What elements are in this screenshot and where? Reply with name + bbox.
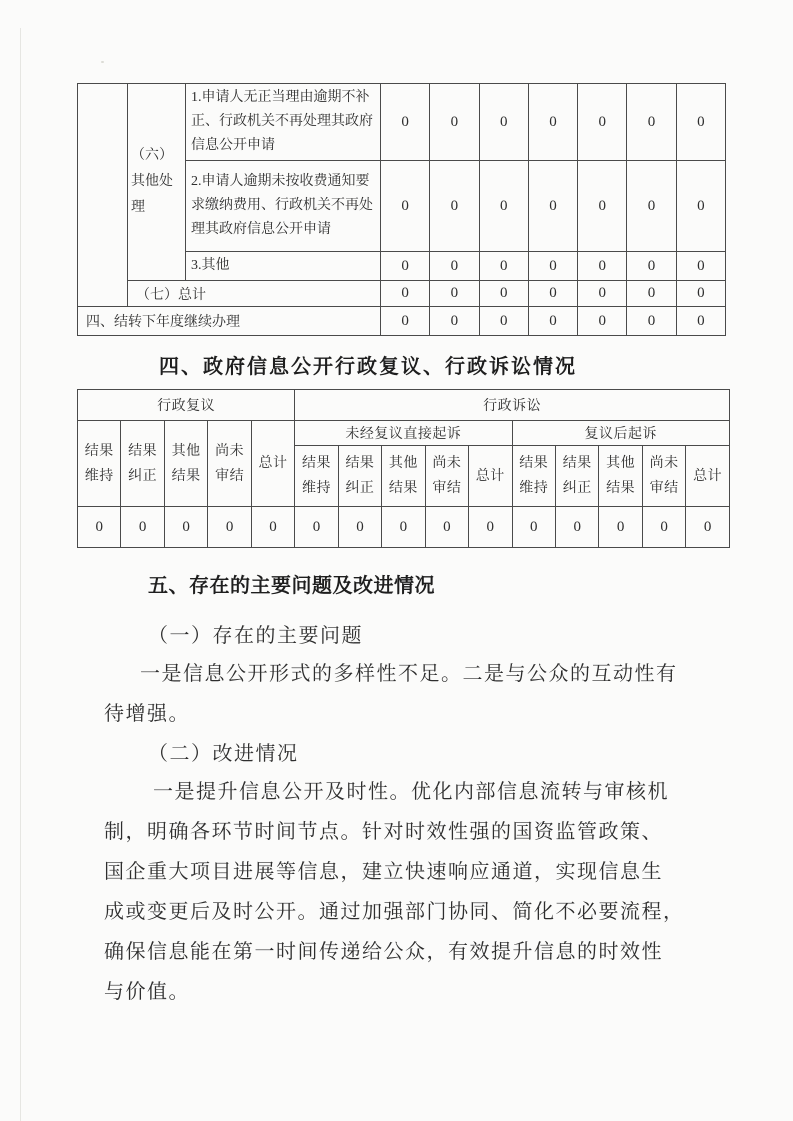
value-cell: 0 <box>627 252 676 281</box>
value-cell: 0 <box>528 281 577 307</box>
value-cell: 0 <box>430 84 479 161</box>
processing-results-table: （六）其他处理 1.申请人无正当理由逾期不补正、行政机关不再处理其政府信息公开申… <box>77 83 726 336</box>
value-cell: 0 <box>430 161 479 252</box>
value-cell: 0 <box>121 507 164 548</box>
processing-desc-cell: 1.申请人无正当理由逾期不补正、行政机关不再处理其政府信息公开申请 <box>186 84 381 161</box>
processing-desc-cell: 2.申请人逾期未按收费通知要求缴纳费用、行政机关不再处理其政府信息公开申请 <box>186 161 381 252</box>
scan-speck <box>101 61 104 63</box>
value-cell: 0 <box>338 507 381 548</box>
value-cell: 0 <box>479 307 528 336</box>
column-header: 结果纠正 <box>555 446 598 507</box>
post-review-suit-subheader: 复议后起诉 <box>512 421 729 446</box>
value-cell: 0 <box>686 507 730 548</box>
carryover-label-cell: 四、结转下年度继续办理 <box>78 307 381 336</box>
paragraph-line: 国企重大项目进展等信息，建立快速响应通道，实现信息生 <box>104 858 663 886</box>
column-header: 尚未审结 <box>208 421 251 507</box>
left-spacer-cell <box>78 84 128 307</box>
paragraph-line: 成或变更后及时公开。通过加强部门协同、简化不必要流程， <box>104 898 685 926</box>
value-cell: 0 <box>528 84 577 161</box>
value-cell: 0 <box>381 281 430 307</box>
value-cell: 0 <box>627 161 676 252</box>
value-cell: 0 <box>78 507 121 548</box>
value-cell: 0 <box>642 507 685 548</box>
review-lawsuit-table: 行政复议 行政诉讼 结果维持 结果纠正 其他结果 尚未审结 总计 未经复议直接起… <box>77 389 730 548</box>
value-cell: 0 <box>381 307 430 336</box>
column-header: 其他结果 <box>164 421 207 507</box>
column-header: 结果纠正 <box>121 421 164 507</box>
value-cell: 0 <box>627 307 676 336</box>
value-cell: 0 <box>528 161 577 252</box>
section4-title: 四、政府信息公开行政复议、行政诉讼情况 <box>159 350 577 379</box>
value-cell: 0 <box>676 281 725 307</box>
scanned-report-page: （六）其他处理 1.申请人无正当理由逾期不补正、行政机关不再处理其政府信息公开申… <box>0 0 793 1121</box>
value-cell: 0 <box>469 507 512 548</box>
value-cell: 0 <box>295 507 338 548</box>
value-cell: 0 <box>479 252 528 281</box>
other-processing-group-cell: （六）其他处理 <box>128 84 186 281</box>
paragraph-line: 待增强。 <box>104 700 190 728</box>
paragraph-line: 与价值。 <box>104 978 190 1006</box>
column-header: 尚未审结 <box>425 446 468 507</box>
value-cell: 0 <box>578 281 627 307</box>
review-group-header: 行政复议 <box>78 390 295 421</box>
value-cell: 0 <box>578 84 627 161</box>
column-header: 结果维持 <box>295 446 338 507</box>
value-cell: 0 <box>208 507 251 548</box>
value-cell: 0 <box>479 281 528 307</box>
value-cell: 0 <box>425 507 468 548</box>
value-cell: 0 <box>578 307 627 336</box>
column-header: 总计 <box>686 446 730 507</box>
column-header: 结果维持 <box>78 421 121 507</box>
value-cell: 0 <box>479 84 528 161</box>
column-header: 结果纠正 <box>338 446 381 507</box>
value-cell: 0 <box>479 161 528 252</box>
paragraph-line: 一是信息公开形式的多样性不足。二是与公众的互动性有 <box>140 660 678 688</box>
value-cell: 0 <box>578 252 627 281</box>
value-cell: 0 <box>381 84 430 161</box>
processing-desc-cell: 3.其他 <box>186 252 381 281</box>
scan-fold-line <box>20 28 21 1121</box>
column-header: 结果维持 <box>512 446 555 507</box>
value-cell: 0 <box>676 161 725 252</box>
total-row: （七）总计 0 0 0 0 0 0 0 <box>78 281 726 307</box>
paragraph-line: 确保信息能在第一时间传递给公众，有效提升信息的时效性 <box>104 938 663 966</box>
value-cell: 0 <box>381 161 430 252</box>
value-cell: 0 <box>528 307 577 336</box>
column-header: 总计 <box>251 421 294 507</box>
value-cell: 0 <box>555 507 598 548</box>
section5-subheading-1: （一）存在的主要问题 <box>148 622 363 650</box>
carryover-row: 四、结转下年度继续办理 0 0 0 0 0 0 0 <box>78 307 726 336</box>
paragraph-line: 制，明确各环节时间节点。针对时效性强的国资监管政策、 <box>104 818 663 846</box>
lawsuit-group-header: 行政诉讼 <box>295 390 730 421</box>
column-header: 其他结果 <box>382 446 425 507</box>
value-cell: 0 <box>164 507 207 548</box>
value-cell: 0 <box>251 507 294 548</box>
column-header: 尚未审结 <box>642 446 685 507</box>
value-cell: 0 <box>627 281 676 307</box>
value-cell: 0 <box>512 507 555 548</box>
total-label-cell: （七）总计 <box>128 281 381 307</box>
value-cell: 0 <box>430 281 479 307</box>
value-cell: 0 <box>528 252 577 281</box>
direct-suit-subheader: 未经复议直接起诉 <box>295 421 512 446</box>
section5-subheading-2: （二）改进情况 <box>148 740 299 768</box>
value-cell: 0 <box>381 252 430 281</box>
value-cell: 0 <box>430 252 479 281</box>
value-cell: 0 <box>676 252 725 281</box>
paragraph-line: 一是提升信息公开及时性。优化内部信息流转与审核机 <box>153 778 669 806</box>
section5-title: 五、存在的主要问题及改进情况 <box>148 569 435 598</box>
value-cell: 0 <box>676 307 725 336</box>
value-cell: 0 <box>627 84 676 161</box>
column-header: 总计 <box>469 446 512 507</box>
value-cell: 0 <box>430 307 479 336</box>
value-cell: 0 <box>578 161 627 252</box>
value-cell: 0 <box>382 507 425 548</box>
column-header: 其他结果 <box>599 446 642 507</box>
value-cell: 0 <box>599 507 642 548</box>
value-cell: 0 <box>676 84 725 161</box>
